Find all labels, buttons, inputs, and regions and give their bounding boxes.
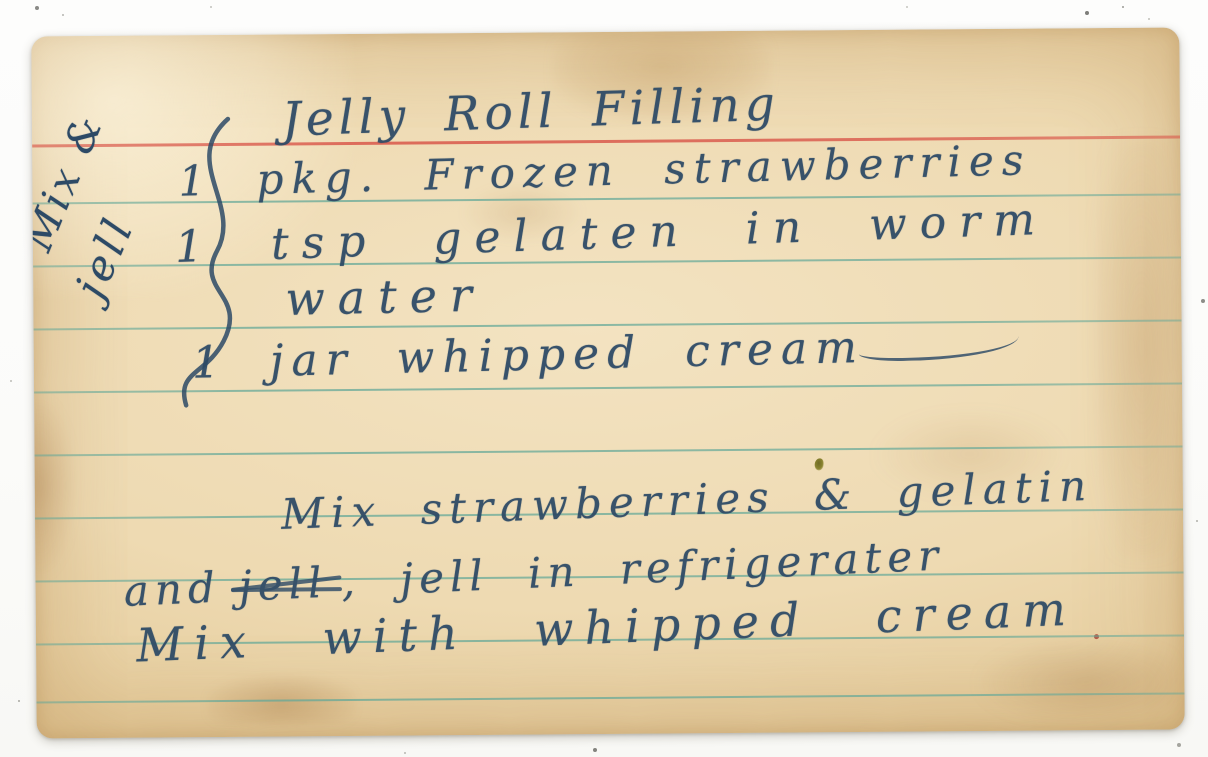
recipe-card: Mix & jell Jelly Roll Filling 1 pkg. Fro… (31, 28, 1184, 739)
pen-tail-stroke (858, 325, 1019, 362)
recipe-title: Jelly Roll Filling (281, 81, 780, 144)
crossed-out-word: jell (238, 562, 329, 608)
dust-specks (0, 0, 2, 2)
ruled-line (36, 692, 1184, 703)
stain (976, 638, 1177, 720)
ingredient-line: water (285, 272, 485, 322)
stain (1092, 138, 1175, 559)
instruction-line: Mix strawberries & gelatin (280, 465, 1093, 536)
instruction-text: and (123, 563, 222, 616)
olive-fleck (815, 458, 824, 470)
stain (31, 396, 75, 576)
ruled-line (35, 445, 1183, 456)
ingredient-line: 1 jar whipped cream (191, 322, 1019, 385)
ingredient-text: 1 jar whipped cream (191, 322, 865, 389)
scan-background: Mix & jell Jelly Roll Filling 1 pkg. Fro… (0, 0, 1208, 757)
